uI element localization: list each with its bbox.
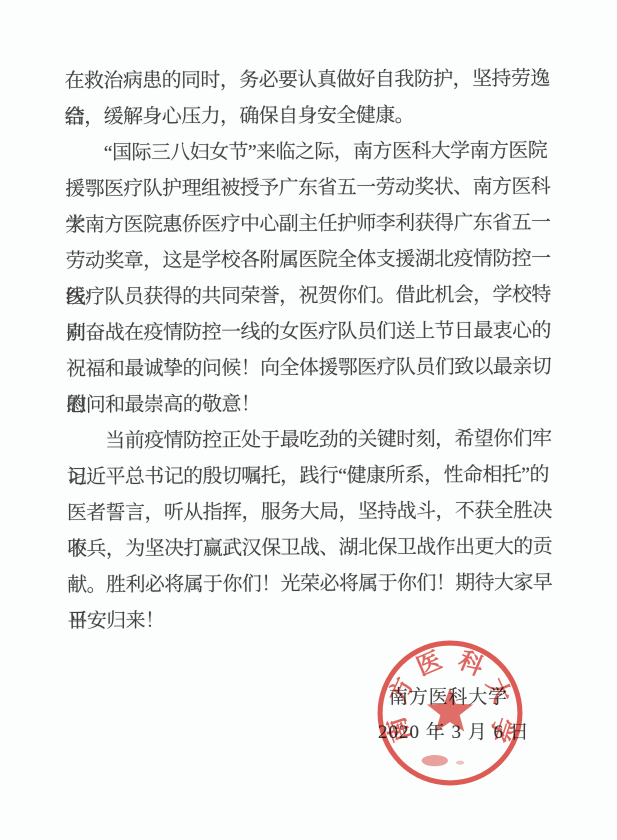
seal-smudge [422, 755, 448, 766]
star-icon [427, 688, 473, 732]
letter-line: 慰问和最崇高的敬意！ [66, 385, 564, 424]
letter-line: 习近平总书记的殷切嘱托，践行“健康所系，性命相托”的 [67, 457, 565, 496]
letter-line: 在救治病患的同时，务必要认真做好自我防护，坚持劳逸结 [64, 61, 562, 100]
official-seal: 南 方 医 科 大 学 [374, 637, 526, 789]
letter-line: “国际三八妇女节”来临之际，南方医科大学南方医院 [65, 133, 563, 172]
seal-smudge [456, 761, 464, 765]
letter-line: 收兵，为坚决打赢武汉保卫战、湖北保卫战作出更大的贡献。 [67, 529, 565, 568]
letter-line: 劳动奖章，这是学校各附属医院全体支援湖北疫情防控一线 [65, 241, 563, 280]
letter-line: 医疗队员获得的共同荣誉，祝贺你们。借此机会，学校特别 [66, 277, 564, 316]
letter-line: 当前疫情防控正处于最吃劲的关键时刻，希望你们牢记 [66, 421, 564, 460]
letter-line: 合，缓解身心压力，确保自身安全健康。 [65, 97, 563, 136]
letter-line: 援鄂医疗队护理组被授予广东省五一劳动奖状、南方医科大 [65, 169, 563, 208]
letter-line: 祝福和最诚挚的问候！向全体援鄂医疗队员们致以最亲切的 [66, 349, 564, 388]
letter-line: 医者誓言，听从指挥，服务大局，坚持战斗，不获全胜决不 [67, 493, 565, 532]
letter-body: 在救治病患的同时，务必要认真做好自我防护，坚持劳逸结 合，缓解身心压力，确保自身… [64, 61, 565, 640]
letter-line: 向奋战在疫情防控一线的女医疗队员们送上节日最衷心的 [66, 313, 564, 352]
document-page: 在救治病患的同时，务必要认真做好自我防护，坚持劳逸结 合，缓解身心压力，确保自身… [0, 0, 617, 840]
letter-line: 胜利必将属于你们！光荣必将属于你们！期待大家早日 [67, 565, 565, 604]
letter-line: 平安归来！ [67, 601, 565, 640]
letter-line: 学南方医院惠侨医疗中心副主任护师李利获得广东省五一 [65, 205, 563, 244]
